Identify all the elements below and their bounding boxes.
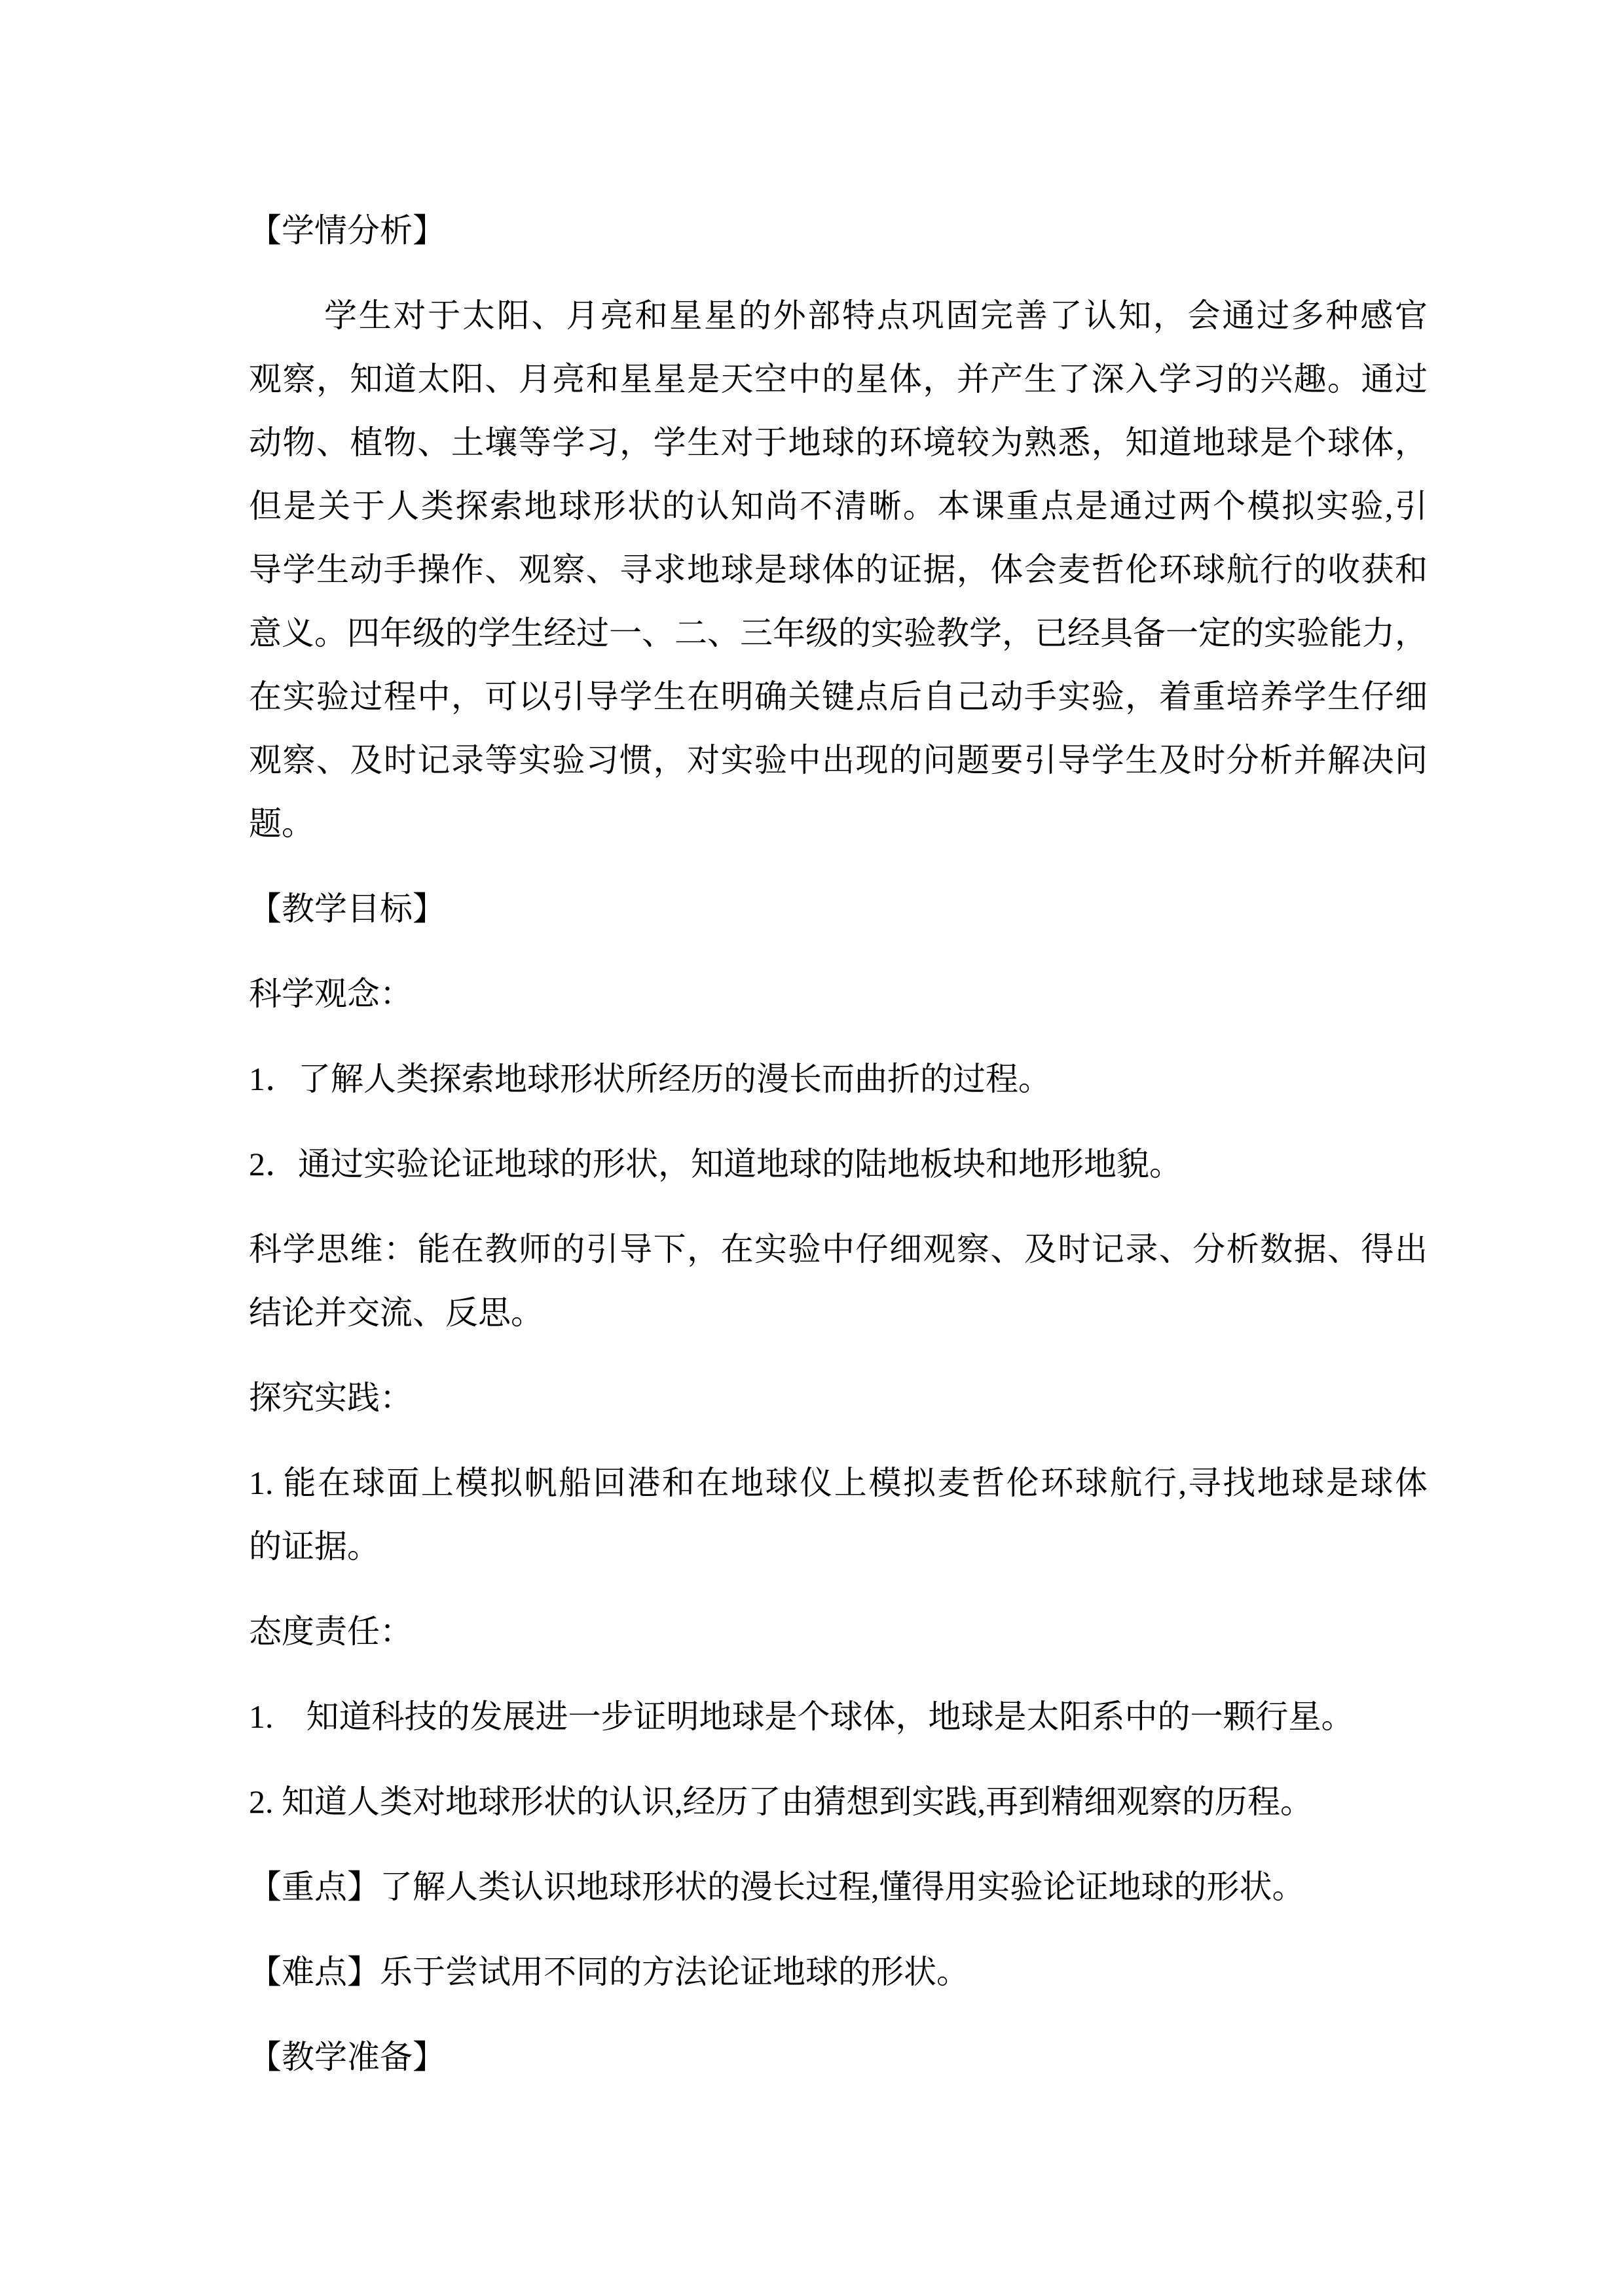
paragraph: 【重点】了解人类认识地球形状的漫长过程,懂得用实验论证地球的形状。 [249, 1855, 1428, 1919]
text-line: 2. 知道人类对地球形状的认识,经历了由猜想到实践,再到精细观察的历程。 [249, 1770, 1428, 1834]
text-line: 观察、及时记录等实验习惯，对实验中出现的问题要引导学生及时分析并解决问 [249, 729, 1428, 792]
text-line: 意义。四年级的学生经过一、二、三年级的实验教学，已经具备一定的实验能力， [249, 602, 1428, 665]
text-line: 在实验过程中，可以引导学生在明确关键点后自己动手实验，着重培养学生仔细 [249, 665, 1428, 729]
text-line: 导学生动手操作、观察、寻求地球是球体的证据，体会麦哲伦环球航行的收获和 [249, 538, 1428, 602]
paragraph: 学生对于太阳、月亮和星星的外部特点巩固完善了认知，会通过多种感官观察，知道太阳、… [249, 284, 1428, 856]
text-line: 动物、植物、土壤等学习，学生对于地球的环境较为熟悉，知道地球是个球体， [249, 411, 1428, 475]
text-line: 但是关于人类探索地球形状的认知尚不清晰。本课重点是通过两个模拟实验,引 [249, 475, 1428, 538]
text-line: 1. 能在球面上模拟帆船回港和在地球仪上模拟麦哲伦环球航行,寻找地球是球体 [249, 1451, 1428, 1515]
document-body: 【学情分析】学生对于太阳、月亮和星星的外部特点巩固完善了认知，会通过多种感官观察… [249, 199, 1428, 2089]
text-line: 1. 知道科技的发展进一步证明地球是个球体，地球是太阳系中的一颗行星。 [249, 1685, 1428, 1749]
text-line: 科学思维：能在教师的引导下，在实验中仔细观察、及时记录、分析数据、得出 [249, 1218, 1428, 1281]
paragraph: 态度责任： [249, 1600, 1428, 1664]
paragraph: 科学观念： [249, 962, 1428, 1026]
text-line: 结论并交流、反思。 [249, 1281, 1428, 1345]
text-line: 【教学准备】 [249, 2026, 1428, 2089]
paragraph: 探究实践： [249, 1366, 1428, 1430]
text-line: 态度责任： [249, 1600, 1428, 1664]
text-line: 2．通过实验论证地球的形状，知道地球的陆地板块和地形地貌。 [249, 1133, 1428, 1196]
section-heading: 【学情分析】 [249, 199, 1428, 263]
document-page: 【学情分析】学生对于太阳、月亮和星星的外部特点巩固完善了认知，会通过多种感官观察… [0, 0, 1624, 2296]
text-line: 【难点】乐于尝试用不同的方法论证地球的形状。 [249, 1941, 1428, 2004]
list-item: 2. 知道人类对地球形状的认识,经历了由猜想到实践,再到精细观察的历程。 [249, 1770, 1428, 1834]
paragraph: 【难点】乐于尝试用不同的方法论证地球的形状。 [249, 1941, 1428, 2004]
text-line: 探究实践： [249, 1366, 1428, 1430]
list-item: 1. 能在球面上模拟帆船回港和在地球仪上模拟麦哲伦环球航行,寻找地球是球体的证据… [249, 1451, 1428, 1578]
text-line: 1．了解人类探索地球形状所经历的漫长而曲折的过程。 [249, 1048, 1428, 1111]
text-line: 科学观念： [249, 962, 1428, 1026]
text-line: 【重点】了解人类认识地球形状的漫长过程,懂得用实验论证地球的形状。 [249, 1855, 1428, 1919]
section-heading: 【教学目标】 [249, 877, 1428, 941]
text-line: 【学情分析】 [249, 199, 1428, 263]
list-item: 2．通过实验论证地球的形状，知道地球的陆地板块和地形地貌。 [249, 1133, 1428, 1196]
section-heading: 【教学准备】 [249, 2026, 1428, 2089]
text-line: 学生对于太阳、月亮和星星的外部特点巩固完善了认知，会通过多种感官 [249, 284, 1428, 348]
list-item: 1．了解人类探索地球形状所经历的漫长而曲折的过程。 [249, 1048, 1428, 1111]
paragraph: 科学思维：能在教师的引导下，在实验中仔细观察、及时记录、分析数据、得出结论并交流… [249, 1218, 1428, 1345]
text-line: 观察，知道太阳、月亮和星星是天空中的星体，并产生了深入学习的兴趣。通过 [249, 348, 1428, 411]
text-line: 【教学目标】 [249, 877, 1428, 941]
text-line: 题。 [249, 792, 1428, 856]
text-line: 的证据。 [249, 1515, 1428, 1578]
list-item: 1. 知道科技的发展进一步证明地球是个球体，地球是太阳系中的一颗行星。 [249, 1685, 1428, 1749]
